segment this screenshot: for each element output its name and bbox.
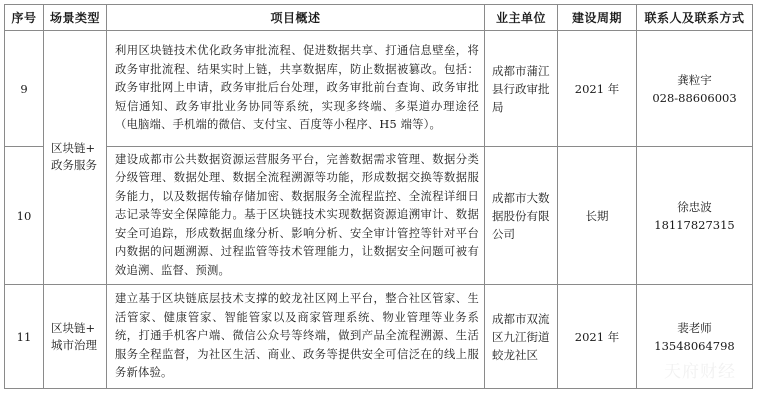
scene-type-line: 城市治理 — [51, 337, 106, 354]
header-row: 序号 场景类型 项目概述 业主单位 建设周期 联系人及联系方式 — [5, 5, 753, 31]
owner-unit: 成都市蒲江县行政审批局 — [485, 31, 558, 147]
contact-name: 徐忠波 — [637, 198, 752, 216]
project-description: 建设成都市公共数据资源运营服务平台，完善数据需求管理、数据分类分级管理、数据处理… — [107, 147, 485, 285]
scene-type-line: 区块链+ — [51, 140, 106, 157]
contact-phone: 13548064798 — [637, 337, 752, 355]
scene-type-cell: 区块链+ 政务服务 — [44, 31, 107, 285]
owner-unit: 成都市双流区九江街道蛟龙社区 — [485, 285, 558, 389]
contact-cell: 龚粒宇 028-88606003 — [637, 31, 753, 147]
row-number: 10 — [5, 147, 44, 285]
row-number: 9 — [5, 31, 44, 147]
header-desc: 项目概述 — [107, 5, 485, 31]
project-description: 建立基于区块链底层技术支撑的蛟龙社区网上平台，整合社区管家、生活管家、健康管家、… — [107, 285, 485, 389]
table-row: 9 区块链+ 政务服务 利用区块链技术优化政务审批流程、促进数据共享、打通信息壁… — [5, 31, 753, 147]
project-description: 利用区块链技术优化政务审批流程、促进数据共享、打通信息壁垒，将政务审批流程、结果… — [107, 31, 485, 147]
scene-type-cell: 区块链+ 城市治理 — [44, 285, 107, 389]
project-table: 序号 场景类型 项目概述 业主单位 建设周期 联系人及联系方式 9 区块链+ 政… — [4, 4, 753, 389]
contact-name: 龚粒宇 — [637, 71, 752, 89]
construction-period: 2021 年 — [558, 285, 637, 389]
row-number: 11 — [5, 285, 44, 389]
contact-phone: 028-88606003 — [637, 89, 752, 107]
contact-cell: 徐忠波 18117827315 — [637, 147, 753, 285]
table-row: 11 区块链+ 城市治理 建立基于区块链底层技术支撑的蛟龙社区网上平台，整合社区… — [5, 285, 753, 389]
header-contact: 联系人及联系方式 — [637, 5, 753, 31]
header-type: 场景类型 — [44, 5, 107, 31]
header-owner: 业主单位 — [485, 5, 558, 31]
header-period: 建设周期 — [558, 5, 637, 31]
contact-name: 裴老师 — [637, 319, 752, 337]
contact-phone: 18117827315 — [637, 216, 752, 234]
header-num: 序号 — [5, 5, 44, 31]
construction-period: 长期 — [558, 147, 637, 285]
table-row: 10 建设成都市公共数据资源运营服务平台，完善数据需求管理、数据分类分级管理、数… — [5, 147, 753, 285]
contact-cell: 裴老师 13548064798 — [637, 285, 753, 389]
construction-period: 2021 年 — [558, 31, 637, 147]
owner-unit: 成都市大数据股份有限公司 — [485, 147, 558, 285]
scene-type-line: 政务服务 — [51, 157, 106, 174]
scene-type-line: 区块链+ — [51, 320, 106, 337]
